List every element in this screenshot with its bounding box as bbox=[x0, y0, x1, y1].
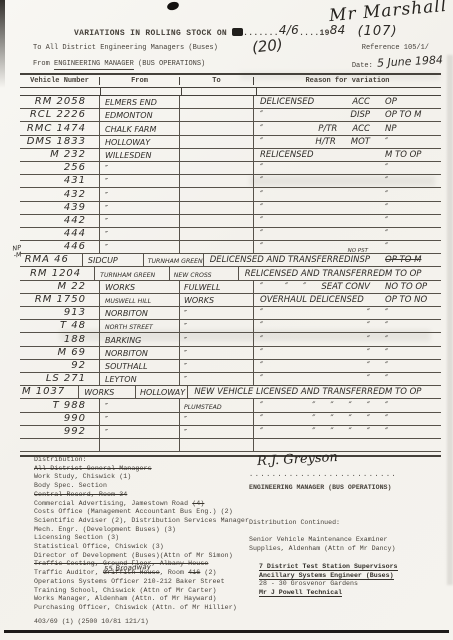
from-garage: ″ bbox=[100, 175, 180, 187]
reason-code: ″ bbox=[367, 348, 370, 358]
column-header-reason: Reason for variation bbox=[254, 77, 441, 85]
table-row: 446″″″ bbox=[20, 241, 441, 254]
reason-cell: ″″″″″″ bbox=[254, 413, 441, 425]
reason-cell: ″″ bbox=[254, 162, 441, 174]
status-code: ″ bbox=[385, 374, 439, 384]
to-garage: ″ bbox=[180, 320, 254, 332]
reason-text: ″ bbox=[260, 427, 312, 437]
status-code: NO TO OP bbox=[385, 282, 439, 292]
status-code: M TO OP bbox=[385, 150, 439, 160]
vehicle-number: RM 1204 bbox=[20, 267, 95, 279]
reason-text: ″ bbox=[260, 163, 385, 173]
distribution-item-segment: (2) bbox=[200, 569, 216, 576]
handwritten-date: 5 June 1984 bbox=[377, 53, 444, 69]
vehicle-number: RM 2058 bbox=[20, 96, 100, 108]
status-code: NP bbox=[385, 124, 439, 134]
addressee-line: To All District Engineering Managers (Bu… bbox=[33, 44, 218, 52]
sender-line: From ENGINEERING MANAGER (BUS OPERATIONS… bbox=[33, 60, 205, 68]
table-row: T 48NORTH STREET″″″″ bbox=[20, 320, 441, 333]
status-code: ″ bbox=[385, 229, 439, 239]
reason-text: ″ bbox=[260, 110, 350, 120]
reason-code: ″ bbox=[330, 414, 333, 424]
vehicle-number: 992 bbox=[20, 426, 100, 438]
to-garage: WORKS bbox=[180, 294, 254, 306]
reason-code: ″ bbox=[330, 401, 333, 411]
distribution-item: Mech. Engr. (Development Buses) (3) bbox=[34, 526, 262, 535]
reason-cell: ″″ bbox=[254, 175, 441, 187]
reason-text: DELICENSED bbox=[260, 97, 352, 107]
vehicle-number: LS 271 bbox=[20, 373, 100, 385]
from-garage: CHALK FARM bbox=[100, 122, 180, 134]
reason-text: ″ bbox=[260, 190, 385, 200]
distribution-continued-item: Ancillary Systems Engineer (Buses) bbox=[259, 572, 449, 581]
vehicle-number: 439 bbox=[20, 202, 100, 214]
reason-code: ″ bbox=[367, 427, 370, 437]
table-row: M 232WILLESDENRELICENSEDM TO OP bbox=[20, 149, 441, 162]
spacer-cell bbox=[20, 88, 101, 95]
vehicle-number: 188 bbox=[20, 333, 100, 345]
reason-text: ″ bbox=[260, 414, 312, 424]
to-garage: ″ bbox=[180, 347, 254, 359]
from-garage: HOLLOWAY bbox=[100, 136, 180, 148]
reason-code: P/TR bbox=[318, 124, 337, 134]
to-garage bbox=[180, 175, 254, 187]
reference-number: Reference 105/1/ bbox=[362, 44, 429, 52]
from-garage: WORKS bbox=[79, 386, 136, 398]
reason-text: ″ bbox=[260, 401, 312, 411]
table-row: 188BARKING″″″″ bbox=[20, 333, 441, 346]
from-garage: WILLESDEN bbox=[100, 149, 180, 161]
vehicle-number: RMA 46 bbox=[20, 254, 83, 266]
to-garage bbox=[180, 122, 254, 134]
reason-code: ″ bbox=[367, 361, 370, 371]
distribution-continued-item: 28 - 30 Grosvenor Gardens bbox=[259, 580, 449, 589]
table-row: T 988″PLUMSTEAD″″″″″″ bbox=[20, 399, 441, 412]
table-row: 92SOUTHALL″″″″ bbox=[20, 360, 441, 373]
from-garage: ″ bbox=[100, 228, 180, 240]
distribution-continued-item: Senior Vehicle Maintenance Examiner bbox=[249, 536, 449, 545]
to-garage: TURNHAM GREEN bbox=[144, 254, 204, 266]
status-code: ″ bbox=[385, 414, 439, 424]
table-row: 913NORBITON″″″″ bbox=[20, 307, 441, 320]
print-code: 403/69 (1) (2500 10/81 121/1) bbox=[34, 618, 149, 625]
reason-text: RELICENSED AND TRANSFERRED bbox=[245, 269, 385, 279]
table-row: 442″″″ bbox=[20, 215, 441, 228]
to-garage: NEW CROSS bbox=[170, 267, 239, 279]
distribution-item: Licensing Section (3) bbox=[34, 534, 262, 543]
date-label: Date: bbox=[352, 62, 377, 70]
to-garage: FULWELL bbox=[180, 281, 254, 293]
vehicle-number bbox=[20, 439, 100, 451]
distribution-continued-section: .......................... R.J. Greyson … bbox=[249, 458, 449, 598]
table-row: 439″″″ bbox=[20, 202, 441, 215]
status-code: ″ bbox=[385, 242, 439, 252]
handwritten-manager-signature: R.J. Greyson bbox=[257, 454, 338, 467]
status-code: OP bbox=[385, 97, 439, 107]
reason-code: INSPNO PST bbox=[351, 255, 370, 265]
table-row: RM 2058ELMERS ENDDELICENSEDACCOP bbox=[20, 96, 441, 109]
distribution-item: Purchasing Officer, Chiswick (Attn. of M… bbox=[34, 604, 262, 613]
table-row: RM 1204TURNHAM GREENNEW CROSSRELICENSED … bbox=[20, 267, 441, 280]
distribution-item: Operations Systems Officer 210-212 Baker… bbox=[34, 578, 262, 587]
reason-code: ″ bbox=[349, 427, 352, 437]
distribution-continued-item: Mr J Powell Technical bbox=[259, 589, 449, 598]
reason-cell: ″″″ bbox=[254, 320, 441, 332]
from-garage: SIDCUP bbox=[83, 254, 144, 266]
to-garage bbox=[180, 439, 254, 451]
ink-dot bbox=[166, 1, 180, 12]
reason-cell: ″″″ bbox=[254, 307, 441, 319]
reason-code: SEAT CONV bbox=[321, 282, 370, 292]
reason-code: ″ bbox=[367, 374, 370, 384]
status-code: OP TO M bbox=[385, 255, 439, 265]
reason-text: NEW VEHICLE LICENSED AND TRANSFERRED bbox=[194, 387, 385, 397]
distribution-right-list: Senior Vehicle Maintenance ExaminerSuppl… bbox=[249, 536, 449, 597]
reason-text: ″ bbox=[260, 348, 367, 358]
status-code: ″ bbox=[385, 401, 439, 411]
from-garage: MUSWELL HILL bbox=[100, 294, 180, 306]
to-garage: ″ bbox=[180, 373, 254, 385]
handwritten-variation-number: (107) bbox=[358, 24, 398, 39]
vehicle-number: RMC 1474 bbox=[20, 122, 100, 134]
distribution-item: Traffic Auditor, Griffith House, Room 41… bbox=[34, 569, 262, 578]
from-garage bbox=[100, 439, 180, 451]
table-row: 431″″″ bbox=[20, 175, 441, 188]
to-garage bbox=[180, 162, 254, 174]
from-garage: ″ bbox=[100, 188, 180, 200]
status-code: ″ bbox=[385, 190, 439, 200]
form-title-line: VARIATIONS IN ROLLING STOCK ON W.......4… bbox=[74, 24, 398, 39]
distribution-item: Central Record, Room 34 bbox=[34, 491, 262, 500]
spacer-cell bbox=[101, 88, 182, 95]
reason-cell: ″″″ bbox=[254, 373, 441, 385]
to-garage bbox=[180, 241, 254, 253]
handwritten-day-month: 4/6 bbox=[279, 23, 299, 37]
distribution-item: Works Manager, Aldenham (Attn. of Mr Hay… bbox=[34, 595, 262, 604]
spacer-cell bbox=[182, 88, 257, 95]
underlined-text: Ancillary Systems Engineer (Buses) bbox=[259, 572, 394, 581]
vehicle-number: 444 bbox=[20, 228, 100, 240]
distribution-item-segment: (4) bbox=[192, 500, 204, 507]
reason-code: ″ bbox=[349, 401, 352, 411]
reason-cell: ″″ bbox=[254, 215, 441, 227]
to-garage bbox=[180, 202, 254, 214]
from-garage: ELMERS END bbox=[100, 96, 180, 108]
vehicle-number: M 22 bbox=[20, 281, 100, 293]
reason-annotation: NO PST bbox=[348, 248, 368, 254]
distribution-continued-heading: Distribution Continued: bbox=[249, 519, 449, 528]
table-row: 992″″″″″″″″ bbox=[20, 426, 441, 439]
table-row: 990″″″″″″″″ bbox=[20, 413, 441, 426]
reason-code: ″ bbox=[367, 308, 370, 318]
reason-code: ″ bbox=[303, 282, 306, 292]
column-header-from: From bbox=[100, 77, 180, 85]
reason-cell: ″P/TRACCNP bbox=[254, 122, 441, 134]
reason-code: ″ bbox=[367, 335, 370, 345]
reason-code: ″ bbox=[330, 427, 333, 437]
reason-code: H/TR bbox=[315, 137, 335, 147]
from-garage: ″ bbox=[100, 241, 180, 253]
to-garage bbox=[180, 188, 254, 200]
date-line: Date: 5 June 1984 bbox=[352, 57, 443, 70]
reason-text: ″ bbox=[260, 203, 385, 213]
from-garage: SOUTHALL bbox=[100, 360, 180, 372]
status-code: OP TO NO bbox=[385, 295, 439, 305]
to-garage: PLUMSTEAD bbox=[180, 399, 254, 411]
column-header-to: To bbox=[180, 77, 254, 85]
table-row: RMC 1474CHALK FARM″P/TRACCNP bbox=[20, 122, 441, 135]
from-garage: LEYTON bbox=[100, 373, 180, 385]
reason-code: ″ bbox=[367, 321, 370, 331]
reason-code: DISP bbox=[350, 110, 370, 120]
status-code: ″ bbox=[385, 163, 439, 173]
from-garage: BARKING bbox=[100, 333, 180, 345]
reason-cell: NEW VEHICLE LICENSED AND TRANSFERREDM TO… bbox=[188, 386, 441, 398]
reason-cell: DELICENSED AND TRANSFERREDINSPNO PSTOP T… bbox=[204, 254, 441, 266]
vehicle-number: T 988 bbox=[20, 399, 100, 411]
vehicle-number: 442 bbox=[20, 215, 100, 227]
table-row: M 1037WORKSHOLLOWAYNEW VEHICLE LICENSED … bbox=[20, 386, 441, 399]
column-header-vehicle: Vehicle Number bbox=[20, 77, 100, 85]
handwritten-copy-count: (20) bbox=[251, 35, 284, 56]
distribution-item-segment: 416 bbox=[188, 569, 200, 576]
spacer-cell bbox=[257, 88, 441, 95]
table-row bbox=[20, 439, 441, 452]
from-garage: NORBITON bbox=[100, 347, 180, 359]
reason-cell: ″DISPOP TO M bbox=[254, 109, 441, 121]
to-garage bbox=[180, 215, 254, 227]
status-code: ″ bbox=[385, 361, 439, 371]
reason-cell: ″″″″″″ bbox=[254, 426, 441, 438]
reason-code: ″ bbox=[367, 414, 370, 424]
vehicle-number: RM 1750 bbox=[20, 294, 100, 306]
table-row: DMS 1833HOLLOWAY″H/TRMOT″ bbox=[20, 136, 441, 149]
reason-code: ″ bbox=[367, 401, 370, 411]
table-row: 444″″″ bbox=[20, 228, 441, 241]
reason-text: DELICENSED AND TRANSFERRED bbox=[210, 255, 351, 265]
vehicle-number: 446 bbox=[20, 241, 100, 253]
reason-code: ″ bbox=[349, 414, 352, 424]
reason-code: ″ bbox=[312, 401, 315, 411]
to-garage bbox=[180, 96, 254, 108]
from-garage: ″ bbox=[100, 202, 180, 214]
from-garage: NORTH STREET bbox=[100, 320, 180, 332]
distribution-item: Costs Office (Management Accountant Bus … bbox=[34, 508, 262, 517]
status-code: ″ bbox=[385, 203, 439, 213]
table-row: RMA 46SIDCUPTURNHAM GREENDELICENSED AND … bbox=[20, 254, 441, 267]
reason-text: ″ bbox=[260, 308, 367, 318]
distribution-item-segment: , Room bbox=[160, 569, 188, 576]
distribution-continued-item: 7 District Test Station Supervisors bbox=[259, 563, 449, 572]
from-garage: ″ bbox=[100, 426, 180, 438]
from-garage: WORKS bbox=[100, 281, 180, 293]
from-garage: NORBITON bbox=[100, 307, 180, 319]
scan-edge-artifact bbox=[0, 0, 5, 88]
table-header-row: Vehicle Number From To Reason for variat… bbox=[20, 75, 441, 88]
reason-text: ″ bbox=[260, 229, 385, 239]
reason-cell: ″″″ bbox=[254, 360, 441, 372]
table-row: RM 1750MUSWELL HILLWORKSOVERHAUL DELICEN… bbox=[20, 294, 441, 307]
status-code: ″ bbox=[385, 216, 439, 226]
reason-text: ″ bbox=[260, 321, 367, 331]
status-code: ″ bbox=[385, 335, 439, 345]
reason-code: ACC bbox=[352, 124, 370, 134]
table-row: 432″″″ bbox=[20, 188, 441, 201]
underlined-text: Mr J Powell Technical bbox=[259, 589, 342, 598]
reason-cell: ″″″ bbox=[254, 347, 441, 359]
distribution-item: Training School, Chiswick (Attn of Mr Ca… bbox=[34, 587, 262, 596]
reason-text: ″ bbox=[260, 216, 385, 226]
to-garage bbox=[180, 109, 254, 121]
reason-cell: ″H/TRMOT″ bbox=[254, 136, 441, 148]
status-code: ″ bbox=[385, 321, 439, 331]
to-garage: HOLLOWAY bbox=[136, 386, 188, 398]
status-code: M TO OP bbox=[385, 387, 439, 397]
vehicle-number: 913 bbox=[20, 307, 100, 319]
title-dots: ....19 bbox=[299, 29, 330, 38]
distribution-section: Distribution: All District General Manag… bbox=[34, 456, 262, 613]
reason-cell: ″″″ bbox=[254, 333, 441, 345]
distribution-item-segment: Traffic Auditor, bbox=[34, 569, 103, 576]
distribution-item: Commercial Advertising, Jamestown Road (… bbox=[34, 500, 262, 509]
reason-code: ″ bbox=[285, 282, 288, 292]
sender-title-rest: (BUS OPERATIONS) bbox=[134, 60, 205, 68]
reason-text: OVERHAUL DELICENSED bbox=[260, 295, 385, 305]
reason-text: ″ bbox=[260, 176, 385, 186]
status-code: OP TO M bbox=[385, 110, 439, 120]
sender-title-underlined: ENGINEERING MANAGER bbox=[54, 60, 134, 70]
distribution-item: Body Spec. Section bbox=[34, 482, 262, 491]
vehicle-number: 256 bbox=[20, 162, 100, 174]
reason-text: ″ bbox=[260, 335, 367, 345]
table-rows: RM 2058ELMERS ENDDELICENSEDACCOPRCL 2226… bbox=[20, 96, 441, 452]
distribution-item: All District General Managers bbox=[34, 465, 262, 474]
form-title: VARIATIONS IN ROLLING STOCK ON bbox=[74, 29, 227, 38]
to-garage bbox=[180, 228, 254, 240]
from-garage: ″ bbox=[100, 399, 180, 411]
manager-title: ENGINEERING MANAGER (BUS OPERATIONS) bbox=[249, 484, 449, 493]
underlined-text: 7 District Test Station Supervisors bbox=[259, 563, 398, 572]
status-code: ″ bbox=[385, 137, 439, 147]
reason-cell: ″″ bbox=[254, 188, 441, 200]
vehicle-number: M 1037 bbox=[20, 386, 79, 398]
table-header-spacer bbox=[20, 88, 441, 96]
vehicle-number: 432 bbox=[20, 188, 100, 200]
to-garage: ″ bbox=[180, 360, 254, 372]
reason-cell: ″″″SEAT CONVNO TO OP bbox=[254, 281, 441, 293]
vehicle-number: DMS 1833 bbox=[20, 136, 100, 148]
from-garage: ″ bbox=[100, 162, 180, 174]
reason-cell: RELICENSED AND TRANSFERREDM TO OP bbox=[239, 267, 441, 279]
vehicle-number: M 232 bbox=[20, 149, 100, 161]
distribution-left-list: All District General ManagersWork Study,… bbox=[34, 465, 262, 613]
reason-cell: ″″ bbox=[254, 202, 441, 214]
reason-code: ACC bbox=[352, 97, 370, 107]
to-garage: ″ bbox=[180, 307, 254, 319]
distribution-item: Scientific Adviser (2), Distribution Ser… bbox=[34, 517, 262, 526]
from-garage: ″ bbox=[100, 215, 180, 227]
table-row: RCL 2226EDMONTON″DISPOP TO M bbox=[20, 109, 441, 122]
from-garage: ″ bbox=[100, 413, 180, 425]
vehicle-number: 92 bbox=[20, 360, 100, 372]
reason-cell: ″″″″″″ bbox=[254, 399, 441, 411]
reason-text: ″ bbox=[260, 137, 315, 147]
to-garage: ″ bbox=[180, 426, 254, 438]
vehicle-number: 431 bbox=[20, 175, 100, 187]
reason-cell: ″″ bbox=[254, 228, 441, 240]
reason-code: MOT bbox=[351, 137, 370, 147]
distribution-item-segment: Commercial Advertising, Jamestown Road bbox=[34, 500, 192, 507]
reason-code: ″ bbox=[312, 427, 315, 437]
to-garage bbox=[180, 149, 254, 161]
table-row: LS 271LEYTON″″″″ bbox=[20, 373, 441, 386]
reason-cell: DELICENSEDACCOP bbox=[254, 96, 441, 108]
distribution-item: Director of Development (Buses)(Attn of … bbox=[34, 552, 262, 561]
from-garage: EDMONTON bbox=[100, 109, 180, 121]
reason-text: ″ bbox=[260, 124, 318, 134]
from-garage: TURNHAM GREEN bbox=[95, 267, 170, 279]
to-garage bbox=[180, 136, 254, 148]
signature-block: .......................... R.J. Greyson bbox=[249, 458, 449, 484]
table-row: 256″″″ bbox=[20, 162, 441, 175]
distribution-item: Work Study, Chiswick (1) bbox=[34, 473, 262, 482]
reason-cell bbox=[254, 439, 441, 451]
scan-edge-artifact bbox=[4, 630, 449, 633]
from-label: From bbox=[33, 60, 54, 68]
table-row: M 22WORKSFULWELL″″″SEAT CONVNO TO OP bbox=[20, 281, 441, 294]
status-code: ″ bbox=[385, 427, 439, 437]
vehicle-number: 990 bbox=[20, 413, 100, 425]
distribution-heading: Distribution: bbox=[34, 456, 262, 465]
table-row: M 69NORBITON″″″″ bbox=[20, 347, 441, 360]
status-code: ″ bbox=[385, 308, 439, 318]
reason-cell: OVERHAUL DELICENSEDOP TO NO bbox=[254, 294, 441, 306]
distribution-continued-item: Supplies, Aldenham (Attn of Mr Dancy) bbox=[249, 545, 449, 554]
to-garage: ″ bbox=[180, 413, 254, 425]
reason-text: ″ bbox=[260, 282, 285, 292]
vehicle-number: M 69 bbox=[20, 347, 100, 359]
reason-cell: RELICENSEDM TO OP bbox=[254, 149, 441, 161]
to-garage: ″ bbox=[180, 333, 254, 345]
inked-overtype: W bbox=[232, 28, 243, 36]
signature-dotted-line: .......................... bbox=[249, 471, 397, 480]
reason-code: ″ bbox=[312, 414, 315, 424]
vehicle-number: RCL 2226 bbox=[20, 109, 100, 121]
variations-table: Vehicle Number From To Reason for variat… bbox=[20, 73, 441, 457]
handwritten-year: 84 bbox=[330, 23, 346, 37]
status-code: ″ bbox=[385, 348, 439, 358]
reason-text: ″ bbox=[260, 374, 367, 384]
distribution-item: Statistical Office, Chiswick (3) bbox=[34, 543, 262, 552]
reason-text: ″ bbox=[260, 361, 367, 371]
scanned-page: Mr Marshall VARIATIONS IN ROLLING STOCK … bbox=[0, 0, 453, 640]
status-code: ″ bbox=[385, 176, 439, 186]
vehicle-number: T 48 bbox=[20, 320, 100, 332]
status-code: M TO OP bbox=[385, 269, 439, 279]
reason-text: RELICENSED bbox=[260, 150, 385, 160]
